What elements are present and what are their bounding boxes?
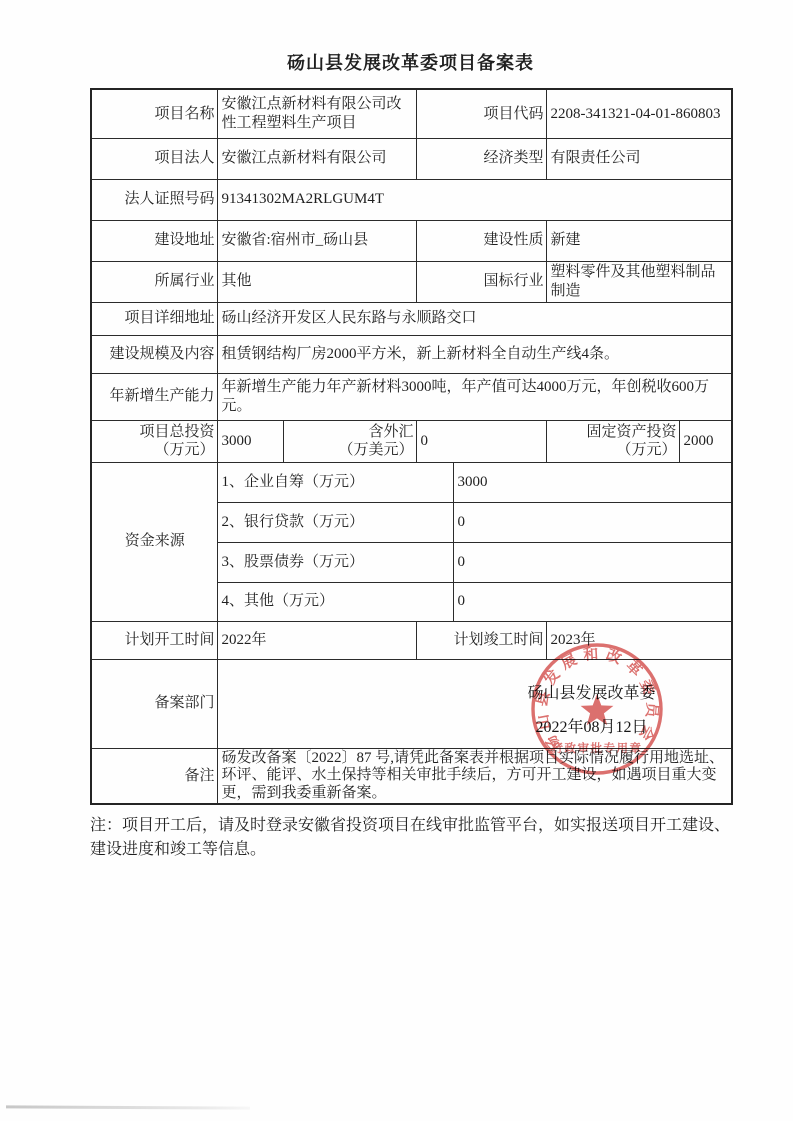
industry-label: 所属行业 <box>91 261 217 302</box>
fixed-assets-value: 2000 <box>679 420 732 462</box>
funding-source-label: 资金来源 <box>91 462 217 621</box>
filing-date: 2022年08月12日 <box>472 718 712 738</box>
document-sheet: 砀山县发展改革委项目备案表 项目名称 安徽江点新材料有限公司改性工程塑料生产项目… <box>90 50 731 862</box>
legal-person-value: 安徽江点新材料有限公司 <box>217 138 416 179</box>
build-address-value: 安徽省:宿州市_砀山县 <box>217 220 416 261</box>
scale-content-value: 租赁钢结构厂房2000平方米，新上新材料全自动生产线4条。 <box>217 335 732 373</box>
row-project-name: 项目名称 安徽江点新材料有限公司改性工程塑料生产项目 项目代码 2208-341… <box>91 89 732 138</box>
plan-start-label: 计划开工时间 <box>91 621 217 659</box>
filing-dept-name: 砀山县发展改革委 <box>472 684 712 704</box>
plan-finish-value: 2023年 <box>546 621 732 659</box>
national-industry-label: 国标行业 <box>416 261 546 302</box>
footer-note: 注：项目开工后，请及时登录安徽省投资项目在线审批监管平台，如实报送项目开工建设、… <box>90 814 731 862</box>
row-industry: 所属行业 其他 国标行业 塑料零件及其他塑料制品制造 <box>91 261 732 302</box>
new-capacity-label: 年新增生产能力 <box>91 373 217 420</box>
license-no-label: 法人证照号码 <box>91 179 217 220</box>
row-legal-person: 项目法人 安徽江点新材料有限公司 经济类型 有限责任公司 <box>91 138 732 179</box>
filing-dept-block: 砀山县发展改革委 2022年08月12日 <box>472 684 712 738</box>
detail-address-label: 项目详细地址 <box>91 302 217 335</box>
row-license-no: 法人证照号码 91341302MA2RLGUM4T <box>91 179 732 220</box>
row-plan-time: 计划开工时间 2022年 计划竣工时间 2023年 <box>91 621 732 659</box>
scan-artifact-line <box>6 1105 250 1109</box>
plan-finish-label: 计划竣工时间 <box>416 621 546 659</box>
project-name-label: 项目名称 <box>91 89 217 138</box>
row-scale-content: 建设规模及内容 租赁钢结构厂房2000平方米，新上新材料全自动生产线4条。 <box>91 335 732 373</box>
legal-person-label: 项目法人 <box>91 138 217 179</box>
project-code-label: 项目代码 <box>416 89 546 138</box>
funding-item-2-value: 0 <box>453 502 732 542</box>
scale-content-label: 建设规模及内容 <box>91 335 217 373</box>
row-funding-1: 资金来源 1、企业自筹（万元） 3000 <box>91 462 732 502</box>
economic-type-label: 经济类型 <box>416 138 546 179</box>
new-capacity-value: 年新增生产能力年产新材料3000吨，年产值可达4000万元，年创税收600万元。 <box>217 373 732 420</box>
filing-form-table: 项目名称 安徽江点新材料有限公司改性工程塑料生产项目 项目代码 2208-341… <box>90 88 733 805</box>
row-new-capacity: 年新增生产能力 年新增生产能力年产新材料3000吨，年产值可达4000万元，年创… <box>91 373 732 420</box>
detail-address-value: 砀山经济开发区人民东路与永顺路交口 <box>217 302 732 335</box>
row-investment: 项目总投资 （万元） 3000 含外汇 （万美元） 0 固定资产投资 （万元） … <box>91 420 732 462</box>
foreign-exchange-value: 0 <box>416 420 546 462</box>
industry-value: 其他 <box>217 261 416 302</box>
build-nature-label: 建设性质 <box>416 220 546 261</box>
plan-start-value: 2022年 <box>217 621 416 659</box>
build-nature-value: 新建 <box>546 220 732 261</box>
project-code-value: 2208-341321-04-01-860803 <box>546 89 732 138</box>
row-remarks: 备注 砀发改备案〔2022〕87 号,请凭此备案表并根据项目实际情况履行用地选址… <box>91 748 732 804</box>
funding-item-3-name: 3、股票债券（万元） <box>217 542 453 582</box>
fixed-assets-label: 固定资产投资 （万元） <box>546 420 679 462</box>
project-name-value: 安徽江点新材料有限公司改性工程塑料生产项目 <box>217 89 416 138</box>
filing-dept-label: 备案部门 <box>91 659 217 748</box>
row-build-address: 建设地址 安徽省:宿州市_砀山县 建设性质 新建 <box>91 220 732 261</box>
national-industry-value: 塑料零件及其他塑料制品制造 <box>546 261 732 302</box>
funding-item-4-name: 4、其他（万元） <box>217 582 453 621</box>
funding-item-2-name: 2、银行贷款（万元） <box>217 502 453 542</box>
remarks-label: 备注 <box>91 748 217 804</box>
funding-item-3-value: 0 <box>453 542 732 582</box>
row-detail-address: 项目详细地址 砀山经济开发区人民东路与永顺路交口 <box>91 302 732 335</box>
filing-dept-cell: 砀山县发展改革委 2022年08月12日 <box>217 659 732 748</box>
funding-item-1-value: 3000 <box>453 462 732 502</box>
funding-item-4-value: 0 <box>453 582 732 621</box>
funding-item-1-name: 1、企业自筹（万元） <box>217 462 453 502</box>
total-investment-label: 项目总投资 （万元） <box>91 420 217 462</box>
page-title: 砀山县发展改革委项目备案表 <box>90 50 731 76</box>
row-filing-dept: 备案部门 砀山县发展改革委 2022年08月12日 <box>91 659 732 748</box>
remarks-value: 砀发改备案〔2022〕87 号,请凭此备案表并根据项目实际情况履行用地选址、环评… <box>217 748 732 804</box>
foreign-exchange-label: 含外汇 （万美元） <box>283 420 416 462</box>
license-no-value: 91341302MA2RLGUM4T <box>217 179 732 220</box>
economic-type-value: 有限责任公司 <box>546 138 732 179</box>
total-investment-value: 3000 <box>217 420 283 462</box>
build-address-label: 建设地址 <box>91 220 217 261</box>
